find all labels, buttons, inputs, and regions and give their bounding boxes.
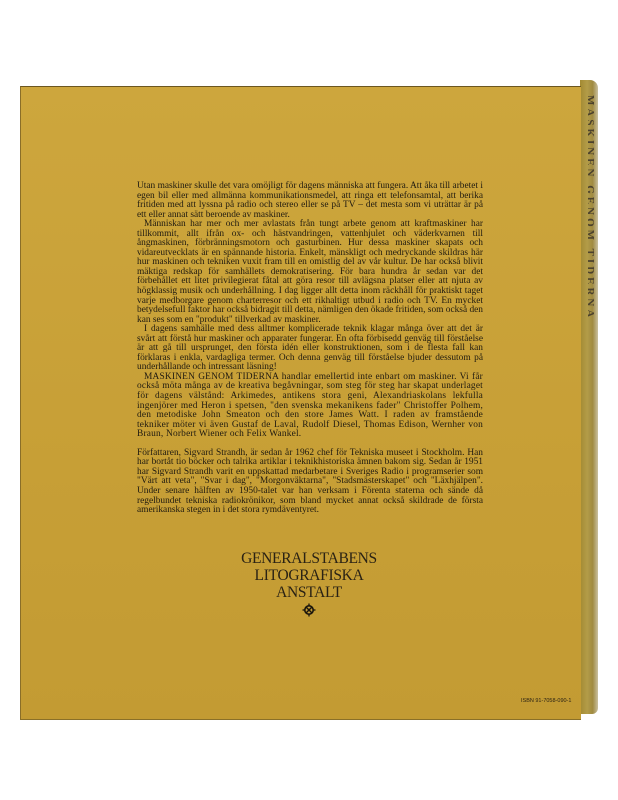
blurb-paragraph-4: MASKINEN GENOM TIDERNA handlar emellerti…: [137, 373, 483, 440]
compass-rose-emblem-icon: [302, 603, 316, 617]
publisher-name: GENERALSTABENS LITOGRAFISKA ANSTALT: [215, 550, 403, 601]
blurb-paragraph-3: I dagens samhälle med dess alltmer kompl…: [137, 325, 483, 373]
blurb-paragraph-1: Utan maskiner skulle det vara omöjligt f…: [137, 182, 483, 220]
blurb-text: Utan maskiner skulle det vara omöjligt f…: [137, 182, 483, 516]
publisher-line-3: ANSTALT: [215, 584, 403, 601]
isbn-number: ISBN 91-7058-090-1: [521, 698, 571, 704]
publisher-line-1: GENERALSTABENS: [215, 550, 403, 567]
blurb-paragraph-2: Människan har mer och mer avlastats från…: [137, 220, 483, 325]
author-paragraph: Författaren, Sigvard Strandh, är sedan å…: [137, 449, 483, 516]
publisher-line-2: LITOGRAFISKA: [215, 567, 403, 584]
spine-title: MASKINEN GENOM TIDERNA: [588, 95, 596, 575]
